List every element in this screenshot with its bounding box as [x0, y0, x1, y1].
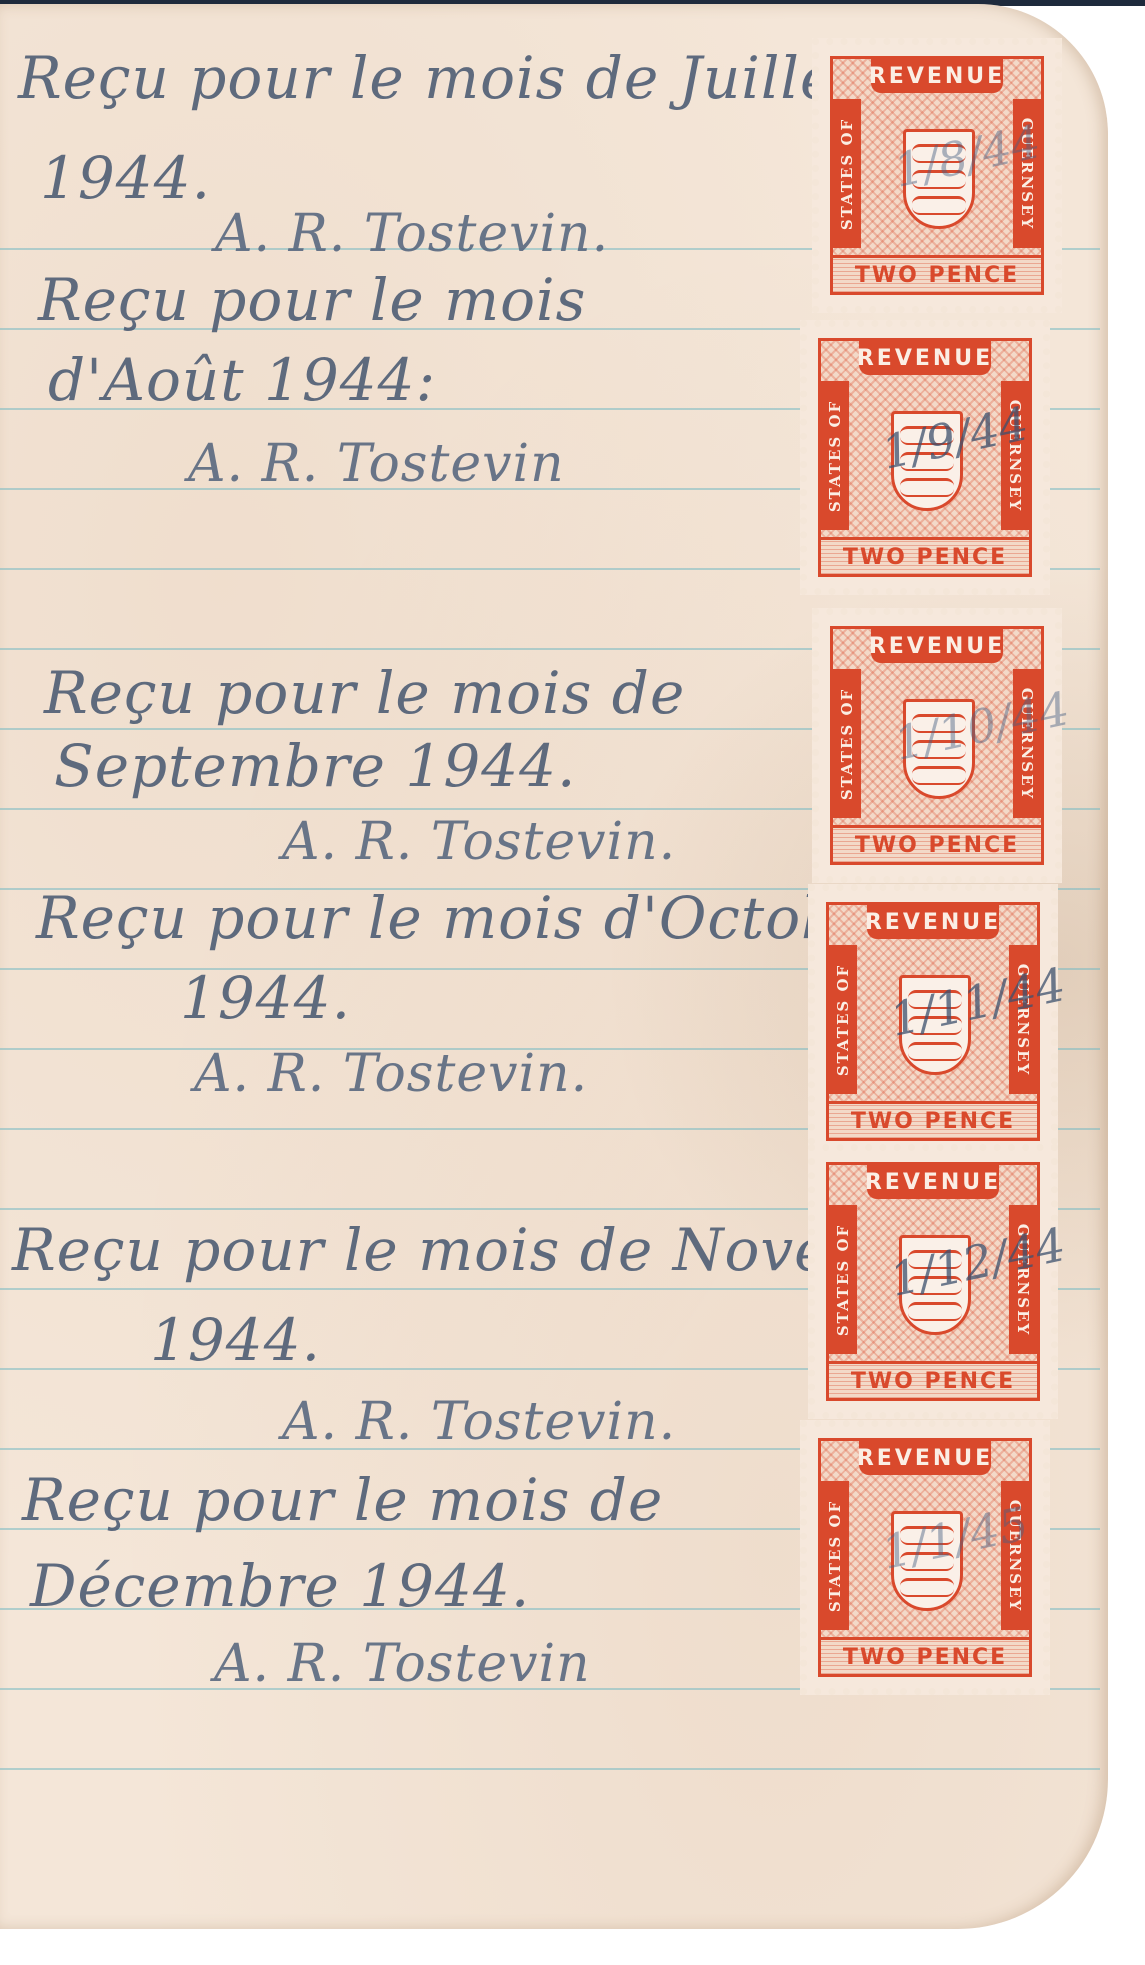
entry-novembre-signature: A. R. Tostevin.	[282, 1392, 676, 1452]
lion-icon	[900, 478, 954, 497]
entry-octobre-line2: 1944.	[180, 964, 351, 1032]
stamp-top-label: REVENUE	[871, 629, 1003, 663]
revenue-stamp: REVENUE STATES OF GUERNSEY TWO PENCE 1/1…	[800, 1420, 1050, 1695]
stamp-value-label: TWO PENCE	[833, 255, 1041, 292]
entry-aout-signature: A. R. Tostevin	[188, 434, 565, 494]
stamp-value-label: TWO PENCE	[829, 1101, 1037, 1138]
revenue-stamp: REVENUE STATES OF GUERNSEY TWO PENCE 1/9…	[800, 320, 1050, 595]
revenue-stamp: REVENUE STATES OF GUERNSEY TWO PENCE 1/1…	[808, 884, 1058, 1159]
entry-juillet-line2: 1944.	[40, 144, 211, 212]
entry-juillet-line1: Reçu pour le mois de Juillet	[18, 44, 860, 112]
entry-decembre-signature: A. R. Tostevin	[214, 1634, 591, 1694]
stamp-value-label: TWO PENCE	[829, 1361, 1037, 1398]
entry-septembre-line2: Septembre 1944.	[54, 732, 576, 800]
stamp-frame: REVENUE STATES OF GUERNSEY TWO PENCE 1/8…	[830, 56, 1044, 295]
stamp-frame: REVENUE STATES OF GUERNSEY TWO PENCE 1/1…	[826, 1162, 1040, 1401]
stamp-value-label: TWO PENCE	[821, 1637, 1029, 1674]
lion-icon	[912, 766, 966, 785]
stamp-value-label: TWO PENCE	[821, 537, 1029, 574]
ruled-line	[0, 1768, 1100, 1770]
entry-decembre-line1: Reçu pour le mois de	[22, 1466, 663, 1534]
lion-icon	[900, 1578, 954, 1597]
stamp-left-label: STATES OF	[833, 99, 861, 248]
stamp-top-label: REVENUE	[867, 1165, 999, 1199]
stamp-value-label: TWO PENCE	[833, 825, 1041, 862]
stamp-frame: REVENUE STATES OF GUERNSEY TWO PENCE 1/1…	[826, 902, 1040, 1141]
lion-icon	[908, 1302, 962, 1321]
entry-juillet-signature: A. R. Tostevin.	[215, 204, 609, 264]
entry-septembre-line1: Reçu pour le mois de	[44, 659, 685, 727]
revenue-stamp: REVENUE STATES OF GUERNSEY TWO PENCE 1/1…	[812, 608, 1062, 883]
stamp-left-label: STATES OF	[829, 1205, 857, 1354]
stamp-top-label: REVENUE	[859, 1441, 991, 1475]
stamp-top-label: REVENUE	[867, 905, 999, 939]
stamp-left-label: STATES OF	[821, 381, 849, 530]
stamp-frame: REVENUE STATES OF GUERNSEY TWO PENCE 1/1…	[818, 1438, 1032, 1677]
revenue-stamp: REVENUE STATES OF GUERNSEY TWO PENCE 1/8…	[812, 38, 1062, 313]
stamp-left-label: STATES OF	[829, 945, 857, 1094]
entry-novembre-line2: 1944.	[150, 1306, 321, 1374]
revenue-stamp: REVENUE STATES OF GUERNSEY TWO PENCE 1/1…	[808, 1144, 1058, 1419]
entry-octobre-signature: A. R. Tostevin.	[194, 1044, 588, 1104]
entry-decembre-line2: Décembre 1944.	[30, 1552, 530, 1620]
stamp-frame: REVENUE STATES OF GUERNSEY TWO PENCE 1/1…	[830, 626, 1044, 865]
lion-icon	[912, 196, 966, 215]
entry-aout-line1: Reçu pour le mois	[38, 266, 586, 334]
entry-aout-line2: d'Août 1944:	[48, 346, 436, 414]
stamp-left-label: STATES OF	[833, 669, 861, 818]
stamp-top-label: REVENUE	[859, 341, 991, 375]
entry-octobre-line1: Reçu pour le mois d'Octobre	[36, 884, 903, 952]
stamp-top-label: REVENUE	[871, 59, 1003, 93]
stamp-frame: REVENUE STATES OF GUERNSEY TWO PENCE 1/9…	[818, 338, 1032, 577]
entry-septembre-signature: A. R. Tostevin.	[282, 812, 676, 872]
notebook-page: Reçu pour le mois de Juillet 1944. A. R.…	[0, 4, 1108, 1929]
stamp-left-label: STATES OF	[821, 1481, 849, 1630]
lion-icon	[908, 1042, 962, 1061]
